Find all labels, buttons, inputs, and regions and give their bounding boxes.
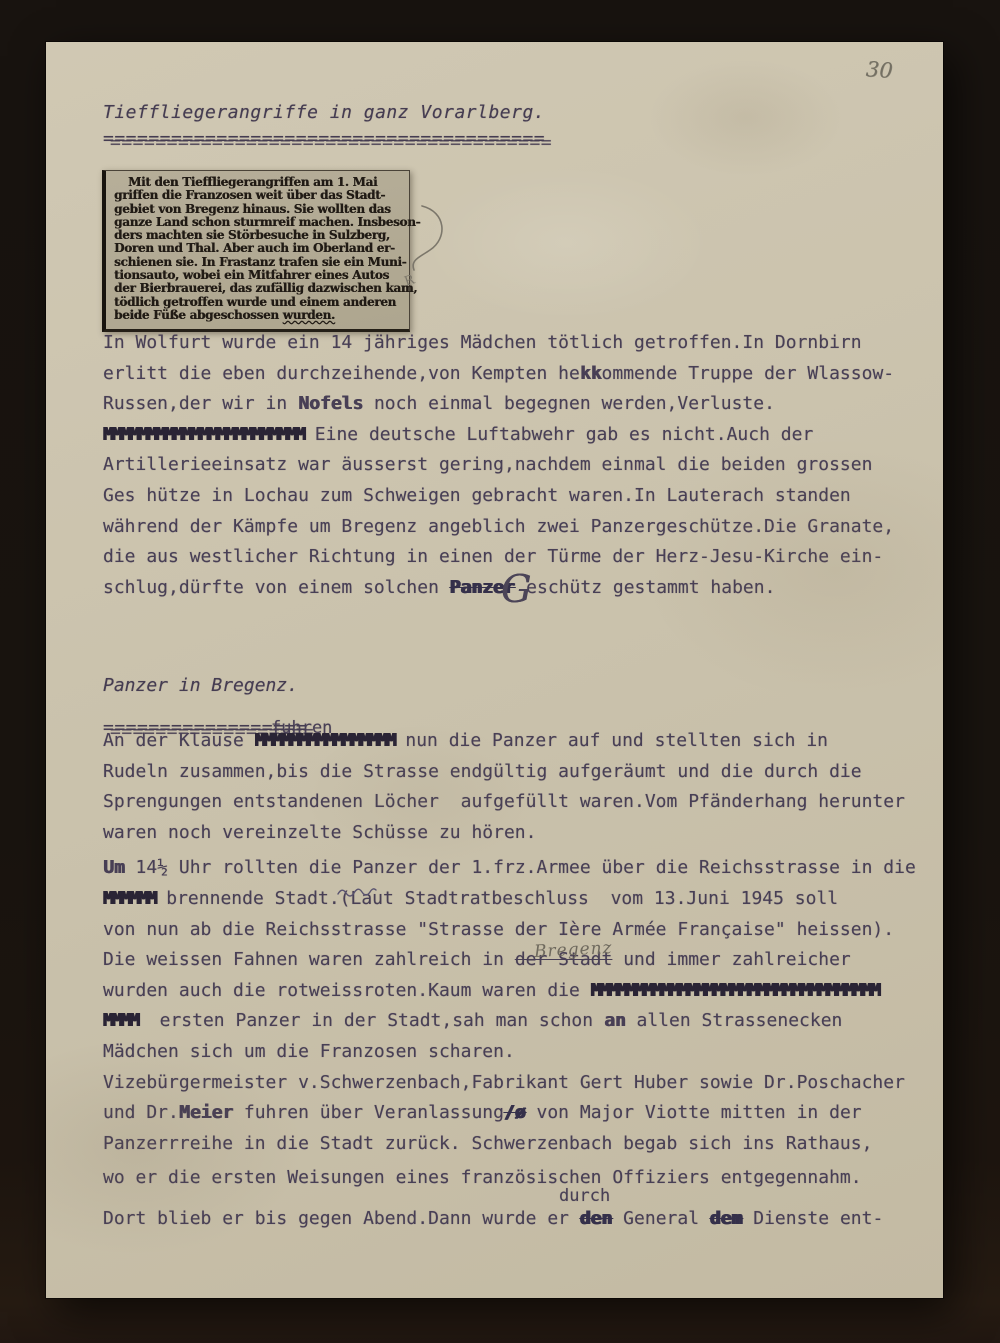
text-line: tionsauto, wobei ein Mitfahrer eines Aut… [114,269,401,282]
text-line: schienen sie. In Frastanz trafen sie ein… [114,256,401,269]
text-line: erlitt die eben durchzeihende,von Kempte… [103,359,943,390]
text-line: Russen,der wir in Nofels noch einmal beg… [103,389,943,420]
text-line: ganze Land schon sturmreif machen. Insbe… [114,216,401,229]
svg-text:R: R [403,272,418,290]
pencil-margin-mark-icon: R [396,198,466,318]
pencil-squiggle-icon [336,885,380,899]
text-line: Um 14½ Uhr rollten die Panzer der 1.frz.… [103,853,943,884]
text-line: Die weissen Fahnen waren zahlreich in de… [103,945,943,976]
text-line: MMMM ersten Panzer in der Stadt,sah man … [103,1006,943,1037]
text-line: MMMMMM brennende Stadt.(Laut Stadtratbes… [103,884,943,915]
text-line: tödlich getroffen wurde und einem andere… [114,296,401,309]
text-line: Ges hütze in Lochau zum Schweigen gebrac… [103,481,943,512]
text-line: ders machten sie Störbesuche in Sulzberg… [114,229,401,242]
text-line: wurden auch die rotweissroten.Kaum waren… [103,976,943,1007]
text-line: gebiet von Bregenz hinaus. Sie wollten d… [114,203,401,216]
document-title: Tieffliegerangriffe in ganz Vorarlberg. [103,102,943,123]
text-line: Rudeln zusammen,bis die Strasse endgülti… [103,757,943,788]
text-line: An der Klause MMMMMMMMMMMMMMMM nun die P… [103,726,943,757]
section-heading: Panzer in Bregenz. [103,675,943,696]
text-line: MMMMMMMMMMMMMMMMMMMMMMM Eine deutsche Lu… [103,420,943,451]
title-underline: ======================================= … [103,128,943,146]
text-line: der Bierbrauerei, das zufällig dazwische… [114,282,401,295]
text-line: griffen die Franzosen weit über das Stad… [114,189,401,202]
text-line: waren noch vereinzelte Schüsse zu hören. [103,818,943,849]
text-line: Sprengungen entstandenen Löcher aufgefül… [103,787,943,818]
text-line: Artillerieeinsatz war äusserst gering,na… [103,450,943,481]
text-line: von nun ab die Reichsstrasse "Strasse de… [103,915,943,946]
text-line: Panzerrreihe in die Stadt zurück. Schwer… [103,1129,943,1160]
text-line: beide Füße abgeschossen wurden. [114,309,401,322]
text-line: In Wolfurt wurde ein 14 jähriges Mädchen… [103,328,943,359]
text-line: Dort blieb er bis gegen Abend.Dann wurde… [103,1204,943,1235]
text-line: und Dr.Meier fuhren über Veranlassung/ø … [103,1098,943,1129]
text-line: Doren und Thal. Aber auch im Oberland er… [114,242,401,255]
newspaper-clipping: Mit den Tieffliegerangriffen am 1. Maigr… [102,170,410,332]
text-line: Mädchen sich um die Franzosen scharen. [103,1037,943,1068]
text-line: Mit den Tieffliegerangriffen am 1. Mai [114,176,401,189]
text-line: wo er die ersten Weisungen eines französ… [103,1163,943,1194]
photo-backdrop: 30 Tieffliegerangriffe in ganz Vorarlber… [0,0,1000,1343]
paragraph-block-2: fuhrenAn der Klause MMMMMMMMMMMMMMMM nun… [103,726,943,1235]
document-page: 30 Tieffliegerangriffe in ganz Vorarlber… [46,42,943,1298]
text-line: Vizebürgermeister v.Schwerzenbach,Fabrik… [103,1068,943,1099]
handwritten-bregenz-annotation: Bregenz [534,938,613,962]
paragraph-block-1: In Wolfurt wurde ein 14 jähriges Mädchen… [103,328,943,603]
text-line: während der Kämpfe um Bregenz angeblich … [103,512,943,543]
text-line: schlug,dürfte von einem solchen PanzerGe… [103,573,943,604]
page-number: 30 [865,57,893,83]
